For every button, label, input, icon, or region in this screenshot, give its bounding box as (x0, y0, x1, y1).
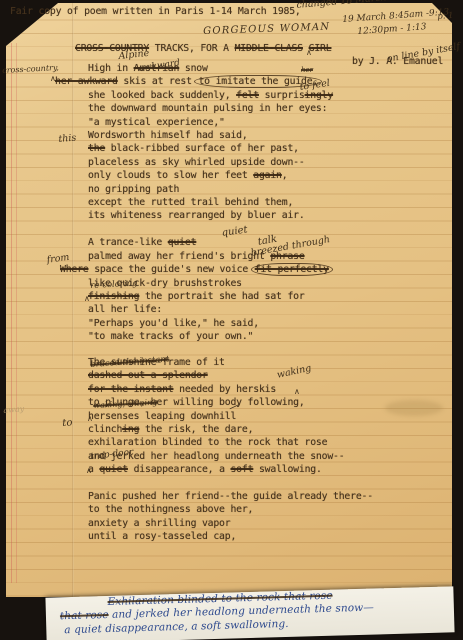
text-segment: palmed away her friend's bright (88, 251, 270, 262)
handwriting-text: ∧ (86, 466, 92, 475)
text-segment: all her life: (88, 304, 162, 315)
caret-trap-door: ∧ (86, 466, 92, 475)
handwriting-text: 19 March 8:45am -9:13, (342, 7, 452, 25)
handwriting-text: ∧ (87, 414, 93, 423)
text-segment: to the nothingness above her, (88, 504, 253, 515)
handwriting-text: her (301, 66, 313, 74)
text-segment: needed by her (173, 384, 253, 395)
revision-her-struck: her (301, 66, 313, 74)
poem-line: all her life: (88, 303, 162, 316)
poem-line: "Perhaps you'd like," he said, (88, 317, 259, 330)
struck-text: felt (236, 90, 259, 101)
caret-senses: ∧ (87, 414, 93, 423)
title-caret: ∧ (306, 48, 312, 57)
text-segment: Fair copy of poem written in Paris 1-14 … (10, 6, 301, 17)
text-segment: skis (253, 384, 276, 395)
poem-line: "a mystical experience," (88, 116, 225, 129)
caret-waking: ∧ (294, 387, 300, 396)
caret-cross-country: ∧ (50, 74, 56, 83)
revision-alpine: Alpine (118, 48, 150, 62)
struck-text: that rose (60, 609, 109, 622)
handwriting-text: ∧ (50, 74, 56, 83)
poem-line: hersenses leaping downhill (88, 410, 236, 423)
text-segment: clinch (88, 424, 122, 435)
handwriting-text: ∧ (84, 294, 90, 303)
text-segment: A trance-like (88, 237, 168, 248)
struck-text: MIDDLE-CLASS (235, 43, 303, 54)
text-segment: skis at rest (118, 76, 198, 87)
text-segment: swallowing. (253, 464, 321, 475)
text-segment: disappearance, a (128, 464, 231, 475)
struck-text: again (253, 170, 282, 181)
struck-text: finishing (88, 291, 139, 302)
caret-recoloring: ∧ (84, 294, 90, 303)
poem-line: dashed out a splendor (88, 369, 208, 382)
text-segment: exhilaration blinded to the rock that ro… (88, 437, 327, 448)
poem-line: the downward mountain pulsing in her eye… (88, 102, 327, 115)
text-segment: , (282, 170, 288, 181)
text-segment: snow (179, 63, 208, 74)
text-segment: placeless as sky whirled upside down-- (88, 157, 305, 168)
title-revision: GORGEOUS WOMAN (203, 22, 330, 37)
struck-text: the (88, 143, 105, 154)
text-segment: space the guide's new voice (89, 264, 254, 275)
handwriting-text: ∧ (294, 387, 300, 396)
poem-line: its whiteness rearranged by bluer air. (88, 209, 305, 222)
poem-line: A trance-like quiet (88, 236, 196, 249)
revision-quiet: quiet (221, 224, 248, 239)
text-segment: "a mystical experience," (88, 117, 225, 128)
struck-text: for the instant (88, 384, 173, 395)
text-segment: its whiteness rearranged by bluer air. (88, 210, 305, 221)
text-segment: Panic pushed her friend--the guide alrea… (88, 491, 373, 502)
poem-line: except the rutted trail behind them, (88, 196, 293, 209)
handwriting-text: this (58, 132, 77, 145)
poem-line: Panic pushed her friend--the guide alrea… (88, 490, 373, 503)
note-time-1230: 12:30pm - 1:13 (357, 22, 427, 37)
revision-to: to (62, 417, 73, 429)
poem-line: no gripping path (88, 183, 179, 196)
poem-line: the black-ribbed surface of her past, (88, 142, 299, 155)
text-segment: TRACKS, FOR A (149, 43, 234, 54)
text-segment: "Perhaps you'd like," he said, (88, 318, 259, 329)
text-segment: anxiety a shrilling vapor (88, 518, 230, 529)
note-date-19march: 19 March 8:45am -9:13, (342, 7, 452, 25)
text-segment: except the rutted trail behind them, (88, 197, 293, 208)
poem-line: placeless as sky whirled upside down-- (88, 156, 305, 169)
header-line: Fair copy of poem written in Paris 1-14 … (10, 5, 301, 18)
text-segment: surpris (259, 90, 305, 101)
text-segment: until a rosy-tasseled cap, (88, 531, 236, 542)
poem-line: until a rosy-tasseled cap, (88, 530, 236, 543)
text-segment: black-ribbed surface of her past, (105, 143, 299, 154)
poem-line: for the instant needed by herskis (88, 383, 276, 396)
scanned-document: Fair copy of poem written in Paris 1-14 … (0, 0, 463, 640)
text-segment: High in (88, 63, 134, 74)
struck-text: quiet (99, 464, 128, 475)
struck-text: Where (60, 264, 89, 275)
handwriting-text: GORGEOUS WOMAN (203, 22, 330, 37)
handwriting-text: away (3, 404, 25, 415)
poem-line: only clouds to slow her feet again, (88, 169, 287, 182)
struck-text: fit perfectly (251, 263, 333, 276)
struck-text: dashed out a splendor (88, 370, 208, 381)
handwriting-text: ∧ (306, 48, 312, 57)
poem-line: "to make tracks of your own." (88, 330, 253, 343)
poem-title: CROSS-COUNTRY TRACKS, FOR A MIDDLE-CLASS… (75, 42, 331, 55)
poem-line: Wordsworth himself had said, (88, 129, 248, 142)
margin-pencil-away: away (3, 404, 25, 415)
handwriting-text: to (62, 417, 73, 429)
revision-waking: waking (276, 363, 312, 381)
text-segment: senses leaping downhill (105, 411, 236, 422)
handwriting-text: Alpine (118, 48, 150, 62)
struck-text: soft (230, 464, 253, 475)
poem-line: anxiety a shrilling vapor (88, 517, 230, 530)
text-layer: Fair copy of poem written in Paris 1-14 … (0, 0, 463, 640)
text-segment: no gripping path (88, 184, 179, 195)
poem-line: her awkward skis at rest to imitate the … (55, 75, 319, 88)
poem-line: Where space the guide's new voice fit pe… (60, 263, 330, 276)
poem-line: finishing the portrait she had sat for (88, 290, 305, 303)
poem-line: clinching the risk, the dare, (88, 423, 253, 436)
struck-text: ing (122, 424, 139, 435)
text-segment: only clouds to slow her feet (88, 170, 253, 181)
handwriting-text: quiet (221, 224, 248, 239)
handwriting-text: 12:30pm - 1:13 (357, 22, 427, 37)
revision-this: this (58, 132, 77, 145)
text-segment: "to make tracks of your own." (88, 331, 253, 342)
text-segment: the downward mountain pulsing in her eye… (88, 103, 327, 114)
text-segment: the risk, the dare, (139, 424, 253, 435)
handwriting-text: waking (276, 363, 312, 381)
struck-text: quiet (168, 237, 197, 248)
struck-text: her awkward (55, 76, 118, 87)
poem-line: she looked back suddenly, felt surprisin… (88, 89, 333, 102)
struck-text: GIRL (309, 43, 332, 54)
poem-line: to the nothingness above her, (88, 503, 253, 516)
poem-line: a quiet disappearance, a soft swallowing… (88, 463, 322, 476)
text-segment: Wordsworth himself had said, (88, 130, 248, 141)
text-segment: the portrait she had sat for (139, 291, 304, 302)
text-segment: she looked back suddenly, (88, 90, 236, 101)
erased-pencil-note (385, 400, 443, 416)
